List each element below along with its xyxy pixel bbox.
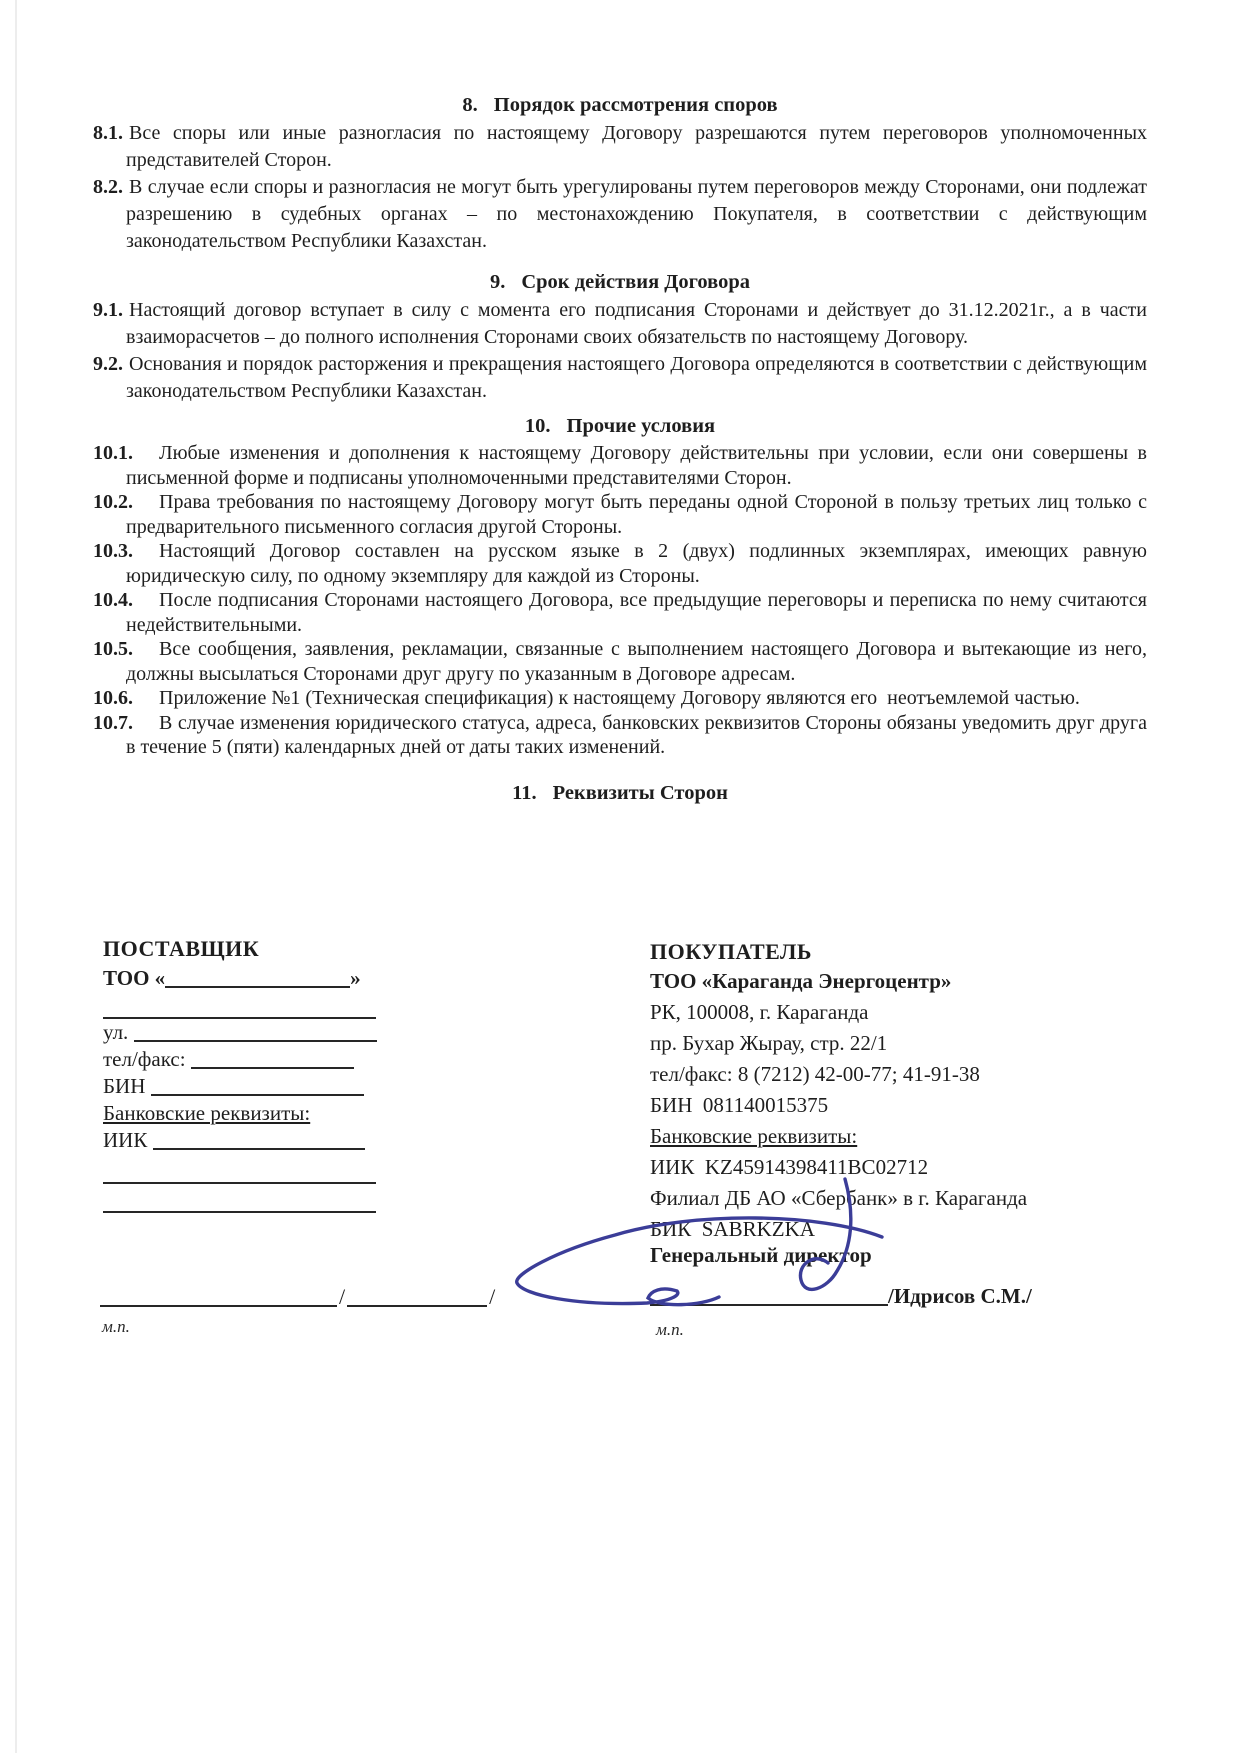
blank-iik-line: [153, 1131, 365, 1150]
scan-edge-artifact: [15, 0, 17, 1753]
buyer-bin: БИН 081140015375: [650, 1090, 1080, 1121]
clause-number: 10.7.: [93, 712, 133, 734]
clause-number: 8.1.: [93, 122, 123, 144]
clause-9-1: 9.1.Настоящий договор вступает в силу с …: [93, 297, 1147, 351]
buyer-bik: БИК SABRKZKA: [650, 1214, 1080, 1245]
clause-10-3: 10.3.Настоящий Договор составлен на русс…: [93, 539, 1147, 588]
supplier-heading: ПОСТАВЩИК: [103, 935, 403, 963]
clause-text: Все сообщения, заявления, рекламации, св…: [126, 638, 1152, 685]
blank-bin-line: [151, 1077, 364, 1096]
buyer-block: ПОКУПАТЕЛЬ ТОО «Караганда Энергоцентр» Р…: [650, 938, 1080, 1245]
section-title: Прочие условия: [567, 415, 716, 437]
section-9-clauses: 9.1.Настоящий договор вступает в силу с …: [93, 297, 1147, 405]
clause-10-1: 10.1.Любые изменения и дополнения к наст…: [93, 441, 1147, 490]
clause-number: 10.3.: [93, 540, 133, 562]
section-8-clauses: 8.1.Все споры или иные разногласия по на…: [93, 120, 1147, 255]
clause-text: Основания и порядок расторжения и прекра…: [126, 353, 1152, 402]
blank-street-line: [134, 1023, 377, 1042]
supplier-company-prefix: ТОО «: [103, 966, 165, 990]
clause-8-1: 8.1.Все споры или иные разногласия по на…: [93, 120, 1147, 174]
clause-10-4: 10.4.После подписания Сторонами настояще…: [93, 588, 1147, 637]
buyer-address-line1: РК, 100008, г. Караганда: [650, 997, 1080, 1028]
clause-10-2: 10.2.Права требования по настоящему Дого…: [93, 490, 1147, 539]
blank-phone-line: [191, 1050, 354, 1069]
clause-text: Любые изменения и дополнения к настоящем…: [126, 442, 1152, 489]
clause-number: 9.2.: [93, 353, 123, 375]
clause-10-5: 10.5.Все сообщения, заявления, рекламаци…: [93, 637, 1147, 686]
clause-text: Приложение №1 (Техническая спецификация)…: [159, 687, 1080, 709]
clause-8-2: 8.2.В случае если споры и разногласия не…: [93, 174, 1147, 255]
section-heading-8: 8.Порядок рассмотрения споров: [93, 92, 1147, 119]
blank-extra-line-1: [103, 1161, 376, 1184]
clause-number: 10.1.: [93, 442, 133, 464]
section-heading-10: 10.Прочие условия: [93, 413, 1147, 440]
clause-text: Все споры или иные разногласия по настоя…: [126, 122, 1152, 171]
buyer-heading: ПОКУПАТЕЛЬ: [650, 938, 1080, 966]
contract-sections: 8.Порядок рассмотрения споров8.1.Все спо…: [93, 92, 1147, 808]
supplier-company-row: ТОО «»: [103, 963, 403, 993]
buyer-address-line2: пр. Бухар Жырау, стр. 22/1: [650, 1028, 1080, 1059]
section-number: 10.: [525, 415, 551, 437]
blank-signature-line: [100, 1288, 337, 1307]
supplier-iik-label: ИИК: [103, 1128, 147, 1152]
blank-extra-line-2: [103, 1184, 376, 1213]
clause-text: После подписания Сторонами настоящего До…: [126, 589, 1152, 636]
supplier-company-suffix: »: [350, 966, 361, 990]
section-number: 11.: [512, 782, 537, 804]
clause-text: Настоящий Договор составлен на русском я…: [126, 540, 1152, 587]
clause-number: 10.6.: [93, 687, 133, 709]
buyer-bank-details-label: Банковские реквизиты:: [650, 1121, 1080, 1152]
supplier-street-row: ул.: [103, 1019, 403, 1046]
supplier-phone-label: тел/факс:: [103, 1047, 186, 1071]
supplier-phone-row: тел/факс:: [103, 1046, 403, 1073]
section-title: Порядок рассмотрения споров: [494, 94, 778, 116]
buyer-stamp-mark: м.п.: [656, 1320, 684, 1340]
buyer-bank-branch: Филиал ДБ АО «Сбербанк» в г. Караганда: [650, 1183, 1080, 1214]
section-heading-9: 9.Срок действия Договора: [93, 269, 1147, 296]
contract-page: 8.Порядок рассмотрения споров8.1.Все спо…: [0, 0, 1240, 1753]
supplier-bin-row: БИН: [103, 1073, 403, 1100]
section-number: 9.: [490, 271, 505, 293]
blank-address-line: [103, 997, 376, 1019]
buyer-iik: ИИК KZ45914398411BC02712: [650, 1152, 1080, 1183]
buyer-signer-name: /Идрисов С.М./: [888, 1284, 1032, 1308]
blank-name-line: [347, 1288, 487, 1307]
section-10-clauses: 10.1.Любые изменения и дополнения к наст…: [93, 441, 1147, 760]
clause-10-6: 10.6.Приложение №1 (Техническая специфик…: [93, 686, 1147, 711]
supplier-iik-row: ИИК: [103, 1127, 403, 1154]
clause-text: В случае если споры и разногласия не мог…: [126, 176, 1152, 252]
section-title: Реквизиты Сторон: [553, 782, 728, 804]
section-number: 8.: [462, 94, 477, 116]
buyer-company: ТОО «Караганда Энергоцентр»: [650, 966, 1080, 997]
buyer-signature-row: /Идрисов С.М./: [650, 1284, 1032, 1309]
clause-text: Права требования по настоящему Договору …: [126, 491, 1152, 538]
supplier-block: ПОСТАВЩИК ТОО «» ул. тел/факс: БИН Банко…: [103, 935, 403, 1213]
buyer-signature-line: [650, 1287, 888, 1306]
section-heading-11: 11.Реквизиты Сторон: [93, 780, 1147, 807]
supplier-bank-details-label: Банковские реквизиты:: [103, 1100, 403, 1127]
clause-number: 10.4.: [93, 589, 133, 611]
clause-9-2: 9.2.Основания и порядок расторжения и пр…: [93, 351, 1147, 405]
clause-number: 10.5.: [93, 638, 133, 660]
clause-number: 10.2.: [93, 491, 133, 513]
supplier-signature-row: //: [100, 1284, 497, 1310]
clause-text: Настоящий договор вступает в силу с моме…: [126, 299, 1152, 348]
buyer-phone: тел/факс: 8 (7212) 42-00-77; 41-91-38: [650, 1059, 1080, 1090]
supplier-bin-label: БИН: [103, 1074, 145, 1098]
blank-company-name-line: [165, 969, 350, 988]
section-title: Срок действия Договора: [521, 271, 750, 293]
slash-separator: /: [337, 1284, 347, 1309]
clause-10-7: 10.7.В случае изменения юридического ста…: [93, 711, 1147, 760]
clause-number: 8.2.: [93, 176, 123, 198]
slash-separator: /: [487, 1284, 497, 1309]
buyer-signer-title: Генеральный директор: [650, 1243, 872, 1268]
clause-text: В случае изменения юридического статуса,…: [126, 712, 1152, 759]
clause-number: 9.1.: [93, 299, 123, 321]
supplier-stamp-mark: м.п.: [102, 1317, 130, 1337]
supplier-street-label: ул.: [103, 1020, 128, 1044]
